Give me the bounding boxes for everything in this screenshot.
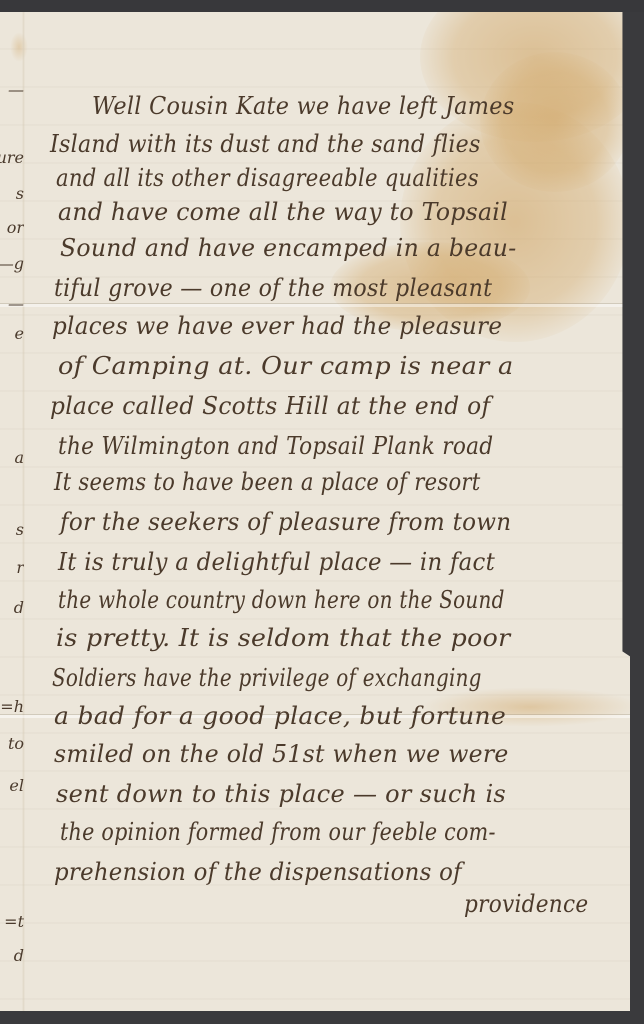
letter-line: Soldiers have the privilege of exchangin…: [52, 664, 482, 692]
margin-fragment: s: [0, 520, 24, 539]
margin-fragment: e: [0, 324, 24, 343]
letter-line: It seems to have been a place of resort: [54, 468, 481, 496]
letter-line: places we have ever had the pleasure: [52, 312, 502, 340]
horizontal-fold-crease: [0, 304, 630, 307]
margin-fragment: ture: [0, 148, 24, 167]
letter-line: tiful grove — one of the most pleasant: [54, 274, 492, 302]
letter-line: Well Cousin Kate we have left James: [92, 92, 514, 120]
water-stain: [10, 32, 28, 62]
letter-line: Island with its dust and the sand flies: [50, 130, 481, 158]
letter-line: prehension of the dispensations of: [54, 858, 462, 886]
margin-fragment: a: [0, 448, 24, 467]
letter-line: and have come all the way to Topsail: [58, 198, 508, 226]
margin-fragment: to: [0, 734, 24, 753]
letter-line: a bad for a good place, but fortune: [54, 702, 506, 730]
letter-page: — ture s or g— — e a s r d h= to el t= d…: [0, 12, 630, 1011]
letter-line: Sound and have encamped in a beau-: [60, 234, 516, 262]
margin-fragment: d: [0, 946, 24, 965]
letter-closing-word: providence: [464, 890, 588, 918]
margin-fragment: r: [0, 558, 24, 577]
margin-fragment: t=: [0, 912, 24, 931]
letter-line: is pretty. It is seldom that the poor: [56, 624, 510, 652]
letter-line: smiled on the old 51st when we were: [54, 740, 509, 768]
letter-line: for the seekers of pleasure from town: [60, 508, 511, 536]
margin-fragment: —: [0, 294, 24, 313]
letter-line: place called Scotts Hill at the end of: [50, 392, 490, 420]
letter-line: It is truly a delightful place — in fact: [58, 548, 495, 576]
margin-fragment: d: [0, 598, 24, 617]
margin-fragment: h=: [0, 697, 24, 716]
margin-fragment: el: [0, 776, 24, 795]
margin-fragment: —: [0, 80, 24, 99]
letter-line: the whole country down here on the Sound: [58, 586, 505, 614]
letter-line: of Camping at. Our camp is near a: [58, 352, 514, 380]
letter-line: sent down to this place — or such is: [56, 780, 506, 808]
margin-fragment: or: [0, 218, 24, 237]
letter-line: and all its other disagreeable qualities: [56, 164, 479, 192]
letter-line: the Wilmington and Topsail Plank road: [58, 432, 493, 460]
margin-fragment: s: [0, 184, 24, 203]
margin-fragment: g—: [0, 254, 24, 273]
scan-frame-top: [0, 0, 644, 12]
letter-line: the opinion formed from our feeble com-: [60, 818, 496, 846]
